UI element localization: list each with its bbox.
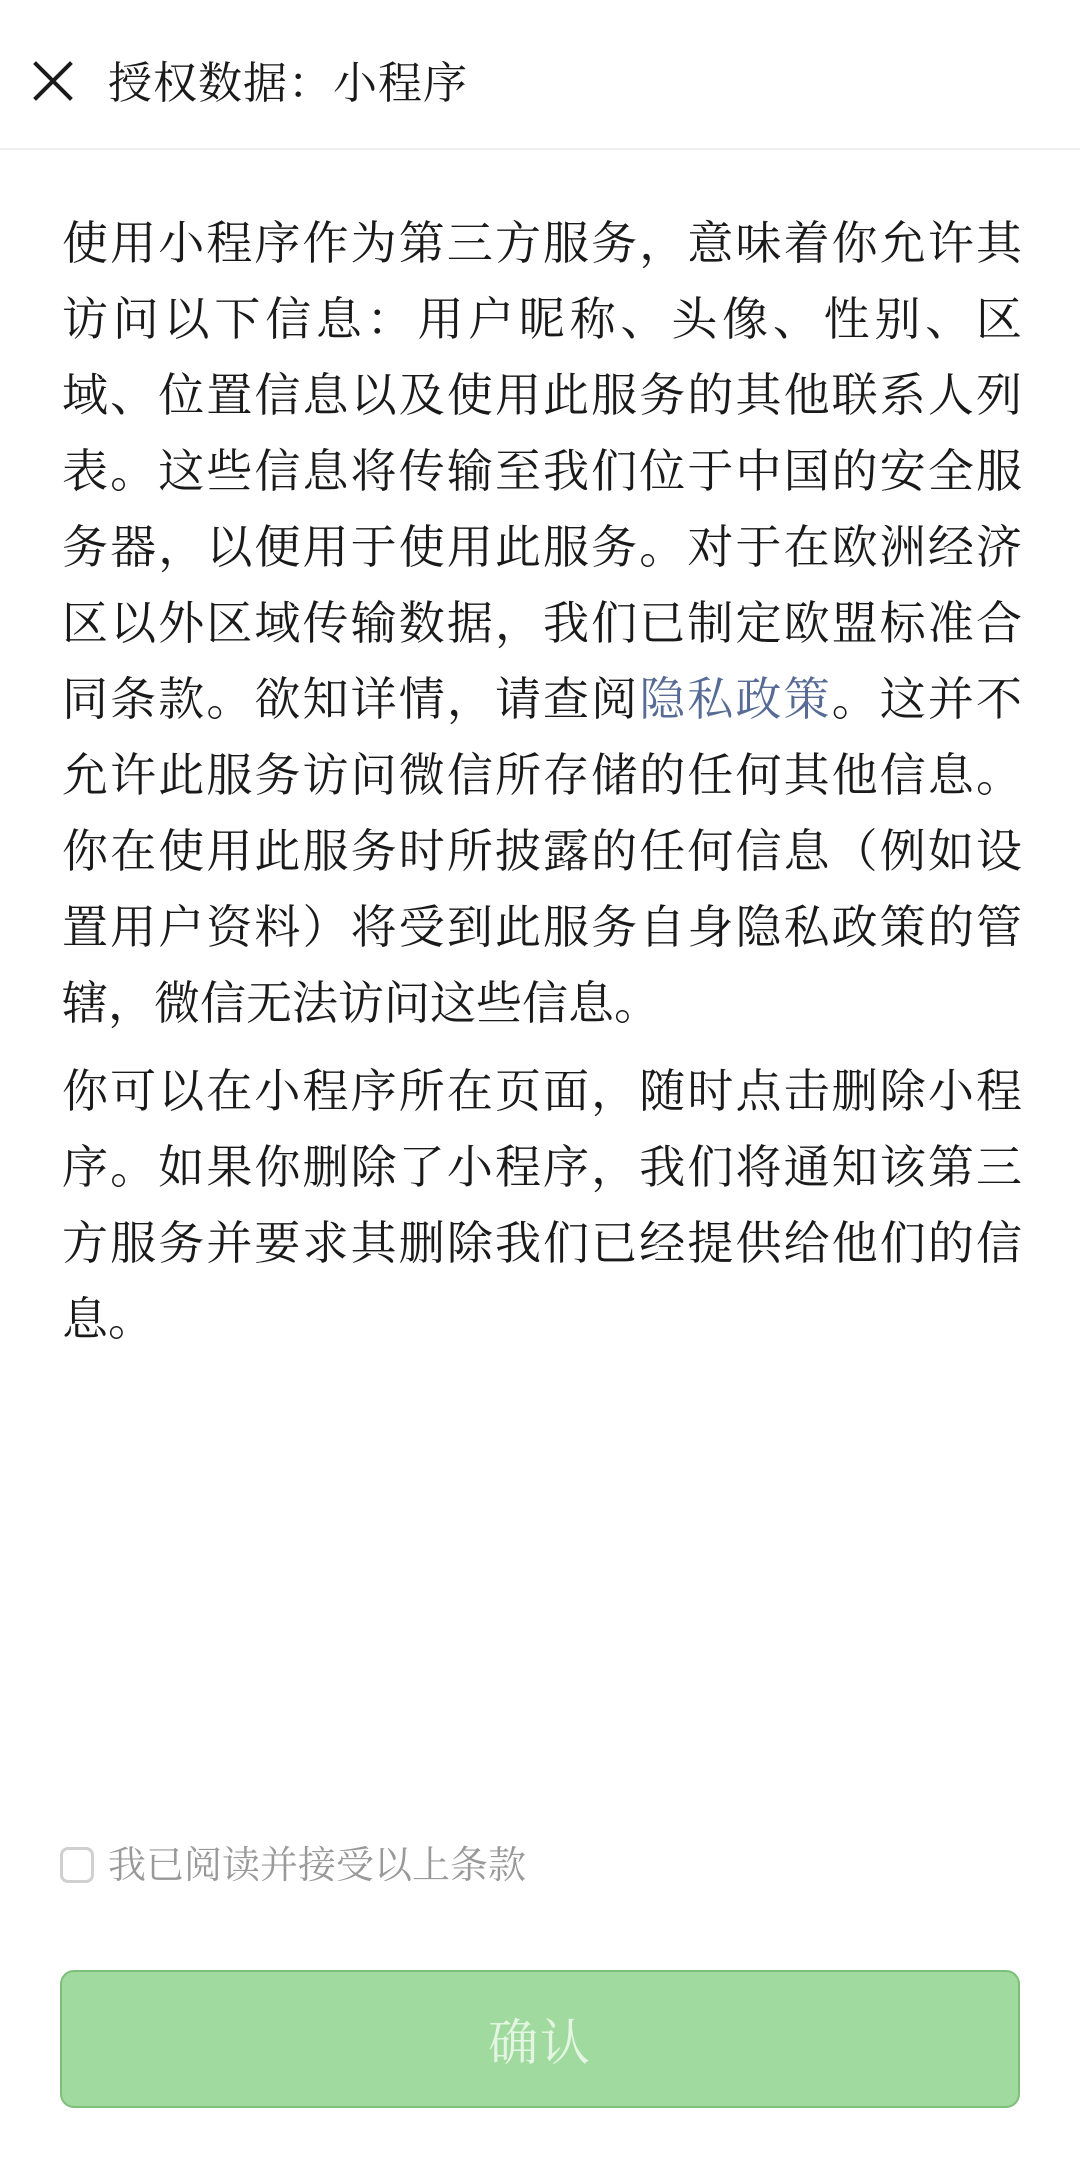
page-title: 授权数据：小程序 [108, 56, 468, 112]
header-bar: 授权数据：小程序 [0, 0, 1080, 150]
agree-checkbox[interactable] [60, 1847, 94, 1883]
terms-text: 使用小程序作为第三方服务，意味着你允许其访问以下信息：用户昵称、头像、性别、区域… [62, 216, 1022, 726]
agreement-row[interactable]: 我已阅读并接受以上条款 [60, 1843, 526, 1887]
confirm-button[interactable]: 确认 [60, 1970, 1020, 2108]
privacy-policy-link[interactable]: 隐私政策 [639, 672, 831, 726]
close-icon [30, 58, 76, 104]
agree-label[interactable]: 我已阅读并接受以上条款 [108, 1843, 526, 1887]
close-button[interactable] [30, 58, 76, 104]
terms-content: 使用小程序作为第三方服务，意味着你允许其访问以下信息：用户昵称、头像、性别、区域… [62, 205, 1022, 1369]
terms-paragraph-2: 你可以在小程序所在页面，随时点击删除小程序。如果你删除了小程序，我们将通知该第三… [62, 1053, 1022, 1357]
terms-paragraph-1: 使用小程序作为第三方服务，意味着你允许其访问以下信息：用户昵称、头像、性别、区域… [62, 205, 1022, 1041]
